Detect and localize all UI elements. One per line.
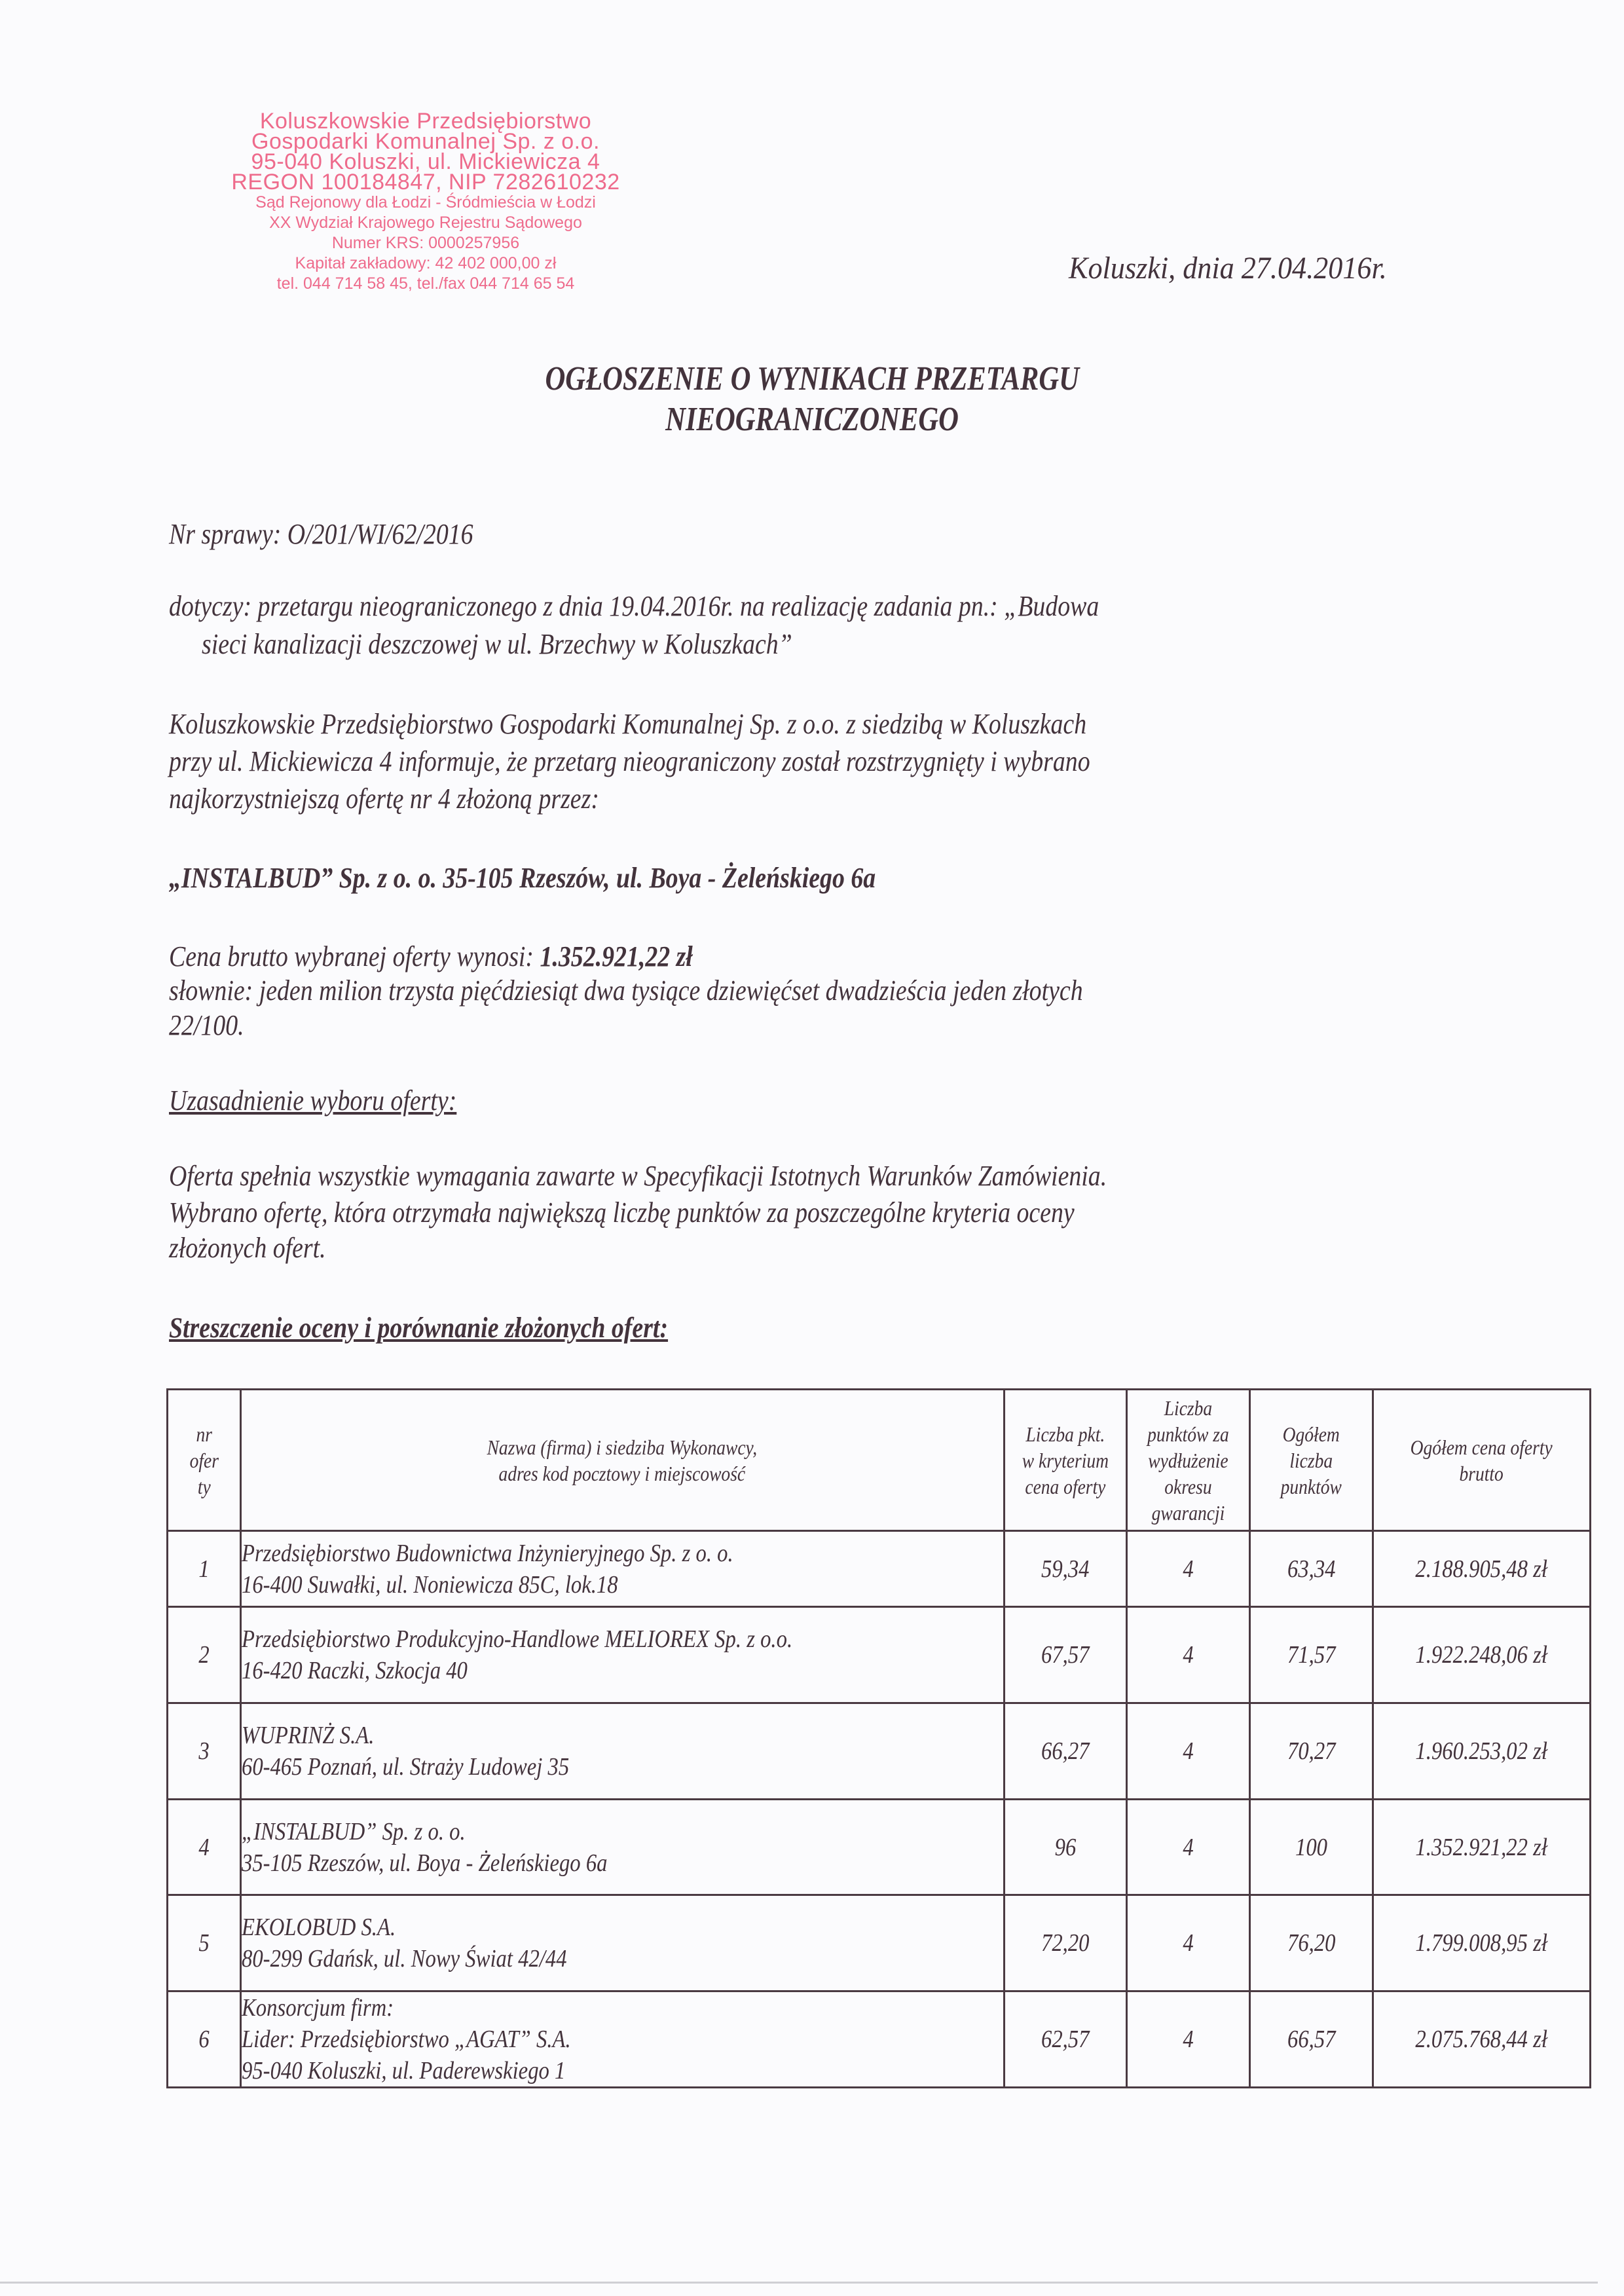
price-line: Cena brutto wybranej oferty wynosi: 1.35… — [169, 940, 693, 973]
header-total-points: Ogółemliczbapunktów — [1250, 1390, 1373, 1531]
offer-number: 2 — [168, 1607, 241, 1703]
offer-total-price: 2.188.905,48 zł — [1373, 1531, 1590, 1607]
offers-table: nroferty Nazwa (firma) i siedziba Wykona… — [166, 1388, 1591, 2088]
offer-warranty-points: 4 — [1127, 1991, 1250, 2088]
header-total-price: Ogółem cena ofertybrutto — [1373, 1390, 1590, 1531]
contractor-line: 60-465 Poznań, ul. Straży Ludowej 35 — [242, 1751, 896, 1783]
offer-contractor: EKOLOBUD S.A.80-299 Gdańsk, ul. Nowy Świ… — [240, 1895, 1004, 1991]
subject-line-1: dotyczy: przetargu nieograniczonego z dn… — [169, 589, 1099, 623]
table-row: 1Przedsiębiorstwo Budownictwa Inżynieryj… — [168, 1531, 1591, 1607]
company-stamp: Koluszkowskie Przedsiębiorstwo Gospodark… — [164, 111, 688, 294]
contractor-line: 16-420 Raczki, Szkocja 40 — [242, 1655, 896, 1686]
scan-edge — [0, 2282, 1598, 2284]
offer-price-points: 96 — [1004, 1800, 1127, 1895]
justification-line-1: Oferta spełnia wszystkie wymagania zawar… — [169, 1159, 1107, 1193]
table-header-row: nroferty Nazwa (firma) i siedziba Wykona… — [168, 1390, 1591, 1531]
stamp-line: REGON 100184847, NIP 7282610232 — [164, 172, 688, 193]
price-value: 1.352.921,22 zł — [540, 940, 692, 972]
offer-total-points: 76,20 — [1250, 1895, 1373, 1991]
case-number: Nr sprawy: O/201/WI/62/2016 — [169, 517, 473, 551]
price-words-line-1: słownie: jeden milion trzysta pięćdziesi… — [169, 974, 1083, 1007]
justification-heading: Uzasadnienie wyboru oferty: — [169, 1084, 456, 1117]
offer-total-points: 70,27 — [1250, 1703, 1373, 1800]
offer-contractor: Przedsiębiorstwo Produkcyjno-Handlowe ME… — [240, 1607, 1004, 1703]
contractor-line: EKOLOBUD S.A. — [242, 1912, 896, 1943]
stamp-line: Kapitał zakładowy: 42 402 000,00 zł — [164, 253, 688, 274]
header-name: Nazwa (firma) i siedziba Wykonawcy,adres… — [240, 1390, 1004, 1531]
table-row: 6Konsorcjum firm:Lider: Przedsiębiorstwo… — [168, 1991, 1591, 2088]
offer-contractor: Konsorcjum firm:Lider: Przedsiębiorstwo … — [240, 1991, 1004, 2088]
contractor-line: Przedsiębiorstwo Produkcyjno-Handlowe ME… — [242, 1623, 896, 1655]
contractor-line: 35-105 Rzeszów, ul. Boya - Żeleńskiego 6… — [242, 1847, 896, 1879]
subject-line-2: sieci kanalizacji deszczowej w ul. Brzec… — [202, 627, 792, 661]
table-row: 4„INSTALBUD” Sp. z o. o.35-105 Rzeszów, … — [168, 1800, 1591, 1895]
offer-number: 3 — [168, 1703, 241, 1800]
header-price-points: Liczba pkt.w kryteriumcena oferty — [1004, 1390, 1127, 1531]
offer-price-points: 59,34 — [1004, 1531, 1127, 1607]
stamp-line: Sąd Rejonowy dla Łodzi - Śródmieścia w Ł… — [164, 193, 688, 213]
offer-price-points: 66,27 — [1004, 1703, 1127, 1800]
header-nr: nroferty — [168, 1390, 241, 1531]
offer-number: 5 — [168, 1895, 241, 1991]
offer-number: 1 — [168, 1531, 241, 1607]
offer-total-price: 2.075.768,44 zł — [1373, 1991, 1590, 2088]
title-line-2: NIEOGRANICZONEGO — [665, 399, 959, 440]
intro-line-2: przy ul. Mickiewicza 4 informuje, że prz… — [169, 745, 1090, 778]
stamp-line: XX Wydział Krajowego Rejestru Sądowego — [164, 213, 688, 233]
justification-line-3: złożonych ofert. — [169, 1231, 326, 1265]
table-row: 5EKOLOBUD S.A.80-299 Gdańsk, ul. Nowy Św… — [168, 1895, 1591, 1991]
contractor-line: Przedsiębiorstwo Budownictwa Inżynieryjn… — [242, 1538, 896, 1569]
price-words-line-2: 22/100. — [169, 1009, 244, 1042]
offer-warranty-points: 4 — [1127, 1607, 1250, 1703]
contractor-line: Lider: Przedsiębiorstwo „AGAT” S.A. — [242, 2024, 896, 2055]
title-line-1: OGŁOSZENIE O WYNIKACH PRZETARGU — [545, 359, 1079, 399]
offer-warranty-points: 4 — [1127, 1531, 1250, 1607]
table-row: 3WUPRINŻ S.A.60-465 Poznań, ul. Straży L… — [168, 1703, 1591, 1800]
offer-price-points: 62,57 — [1004, 1991, 1127, 2088]
offer-total-points: 63,34 — [1250, 1531, 1373, 1607]
stamp-line: Numer KRS: 0000257956 — [164, 233, 688, 253]
contractor-line: „INSTALBUD” Sp. z o. o. — [242, 1816, 896, 1847]
offer-contractor: Przedsiębiorstwo Budownictwa Inżynieryjn… — [240, 1531, 1004, 1607]
contractor-line: 16-400 Suwałki, ul. Noniewicza 85C, lok.… — [242, 1569, 896, 1601]
document-date: Koluszki, dnia 27.04.2016r. — [1069, 250, 1387, 286]
header-warranty-points: Liczbapunktów zawydłużenieokresugwarancj… — [1127, 1390, 1250, 1531]
offer-total-points: 66,57 — [1250, 1991, 1373, 2088]
contractor-line: WUPRINŻ S.A. — [242, 1720, 896, 1751]
intro-line-1: Koluszkowskie Przedsiębiorstwo Gospodark… — [169, 707, 1086, 741]
price-label: Cena brutto wybranej oferty wynosi: — [169, 940, 540, 972]
intro-line-3: najkorzystniejszą ofertę nr 4 złożoną pr… — [169, 782, 599, 815]
offer-total-price: 1.352.921,22 zł — [1373, 1800, 1590, 1895]
offer-total-price: 1.799.008,95 zł — [1373, 1895, 1590, 1991]
offer-number: 4 — [168, 1800, 241, 1895]
offer-total-points: 100 — [1250, 1800, 1373, 1895]
contractor-line: Konsorcjum firm: — [242, 1992, 896, 2024]
summary-heading: Streszczenie oceny i porównanie złożonyc… — [169, 1311, 668, 1344]
offer-price-points: 72,20 — [1004, 1895, 1127, 1991]
offer-warranty-points: 4 — [1127, 1703, 1250, 1800]
offer-price-points: 67,57 — [1004, 1607, 1127, 1703]
winner-line: „INSTALBUD” Sp. z o. o. 35-105 Rzeszów, … — [169, 861, 876, 895]
offer-total-points: 71,57 — [1250, 1607, 1373, 1703]
offer-total-price: 1.922.248,06 zł — [1373, 1607, 1590, 1703]
offer-total-price: 1.960.253,02 zł — [1373, 1703, 1590, 1800]
stamp-line: tel. 044 714 58 45, tel./fax 044 714 65 … — [164, 274, 688, 294]
justification-line-2: Wybrano ofertę, która otrzymała najwięks… — [169, 1196, 1075, 1229]
page-title: OGŁOSZENIE O WYNIKACH PRZETARGU NIEOGRAN… — [0, 359, 1624, 440]
offer-number: 6 — [168, 1991, 241, 2088]
offer-warranty-points: 4 — [1127, 1800, 1250, 1895]
offer-warranty-points: 4 — [1127, 1895, 1250, 1991]
offer-contractor: WUPRINŻ S.A.60-465 Poznań, ul. Straży Lu… — [240, 1703, 1004, 1800]
offer-contractor: „INSTALBUD” Sp. z o. o.35-105 Rzeszów, u… — [240, 1800, 1004, 1895]
table-row: 2Przedsiębiorstwo Produkcyjno-Handlowe M… — [168, 1607, 1591, 1703]
contractor-line: 95-040 Koluszki, ul. Paderewskiego 1 — [242, 2055, 896, 2086]
contractor-line: 80-299 Gdańsk, ul. Nowy Świat 42/44 — [242, 1943, 896, 1974]
